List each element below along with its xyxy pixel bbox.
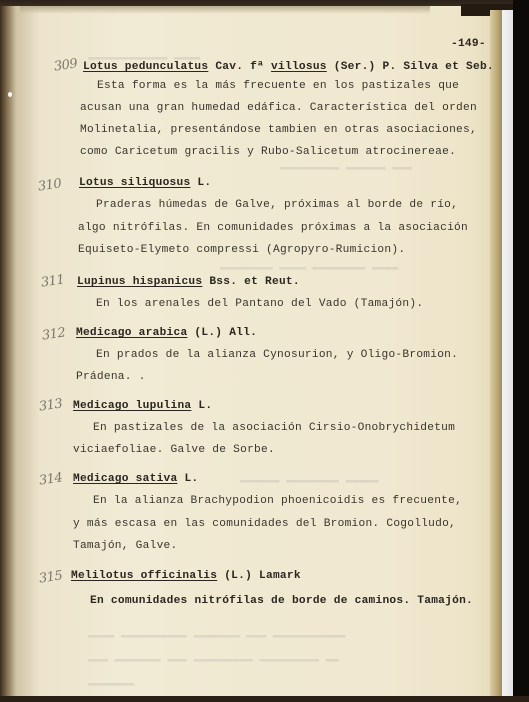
entry-text-line: Praderas húmedas de Galve, próximas al b… [96,199,458,211]
entry-text-line: En comunidades nitrófilas de borde de ca… [90,595,473,607]
margin-number: 315 [38,568,63,586]
species-heading: Melilotus officinalis (L.) Lamark [71,570,301,582]
species-authority: L. [198,400,212,412]
entry-text-line: algo nitrófilas. En comunidades próximas… [78,222,468,234]
entry-text-line: como Caricetum gracilis y Rubo-Salicetum… [80,146,456,158]
species-name: Medicago sativa [73,473,177,485]
show-through-text: ▬▬▬▬▬▬▬ [88,678,134,690]
margin-number: 314 [38,470,63,488]
species-heading: Lotus pedunculatus Cav. fª villosus (Ser… [83,61,494,73]
entry-text-line: viciaefoliae. Galve de Sorbe. [73,444,275,456]
margin-number: 310 [37,176,62,194]
show-through-text: ▬▬▬▬▬▬▬▬▬ ▬▬▬▬▬▬ ▬▬▬ [280,162,412,174]
species-authority: (L.) Lamark [224,570,301,582]
page-top-fold [20,6,430,14]
show-through-text: ▬▬▬▬▬▬▬▬ ▬▬▬▬ ▬▬▬▬▬▬▬▬ ▬▬▬▬ [220,262,398,274]
page-edge-stack [490,10,502,702]
entry-text-line: En prados de la alianza Cynosurion, y Ol… [96,349,458,361]
species-authority: (Ser.) P. Silva et Seb. [334,61,494,73]
entry-text-line: En pastizales de la asociación Cirsio-On… [93,422,455,434]
margin-number: 311 [40,272,65,290]
species-authority: L. [197,177,211,189]
species-name: Lotus pedunculatus [83,61,208,73]
scan-right-border [513,0,529,702]
species-heading: Medicago sativa L. [73,473,198,485]
entry-text-line: Esta forma es la más frecuente en los pa… [97,80,459,92]
entry-text-line: Equiseto-Elymeto compressi (Agropyro-Rum… [78,244,405,256]
show-through-text: ▬▬▬▬▬▬ ▬▬▬▬▬▬▬▬ ▬▬▬▬▬ [240,475,379,487]
species-name: Medicago arabica [76,327,187,339]
entry-text-line: y más escasa en las comunidades del Brom… [73,518,456,530]
infraspecific-name: villosus [271,61,327,73]
entry-text-line: Molinetalia, presentándose tambien en ot… [80,124,477,136]
species-authority: Bss. et Reut. [209,276,300,288]
entry-text-line: En los arenales del Pantano del Vado (Ta… [96,298,423,310]
species-authority: L. [184,473,198,485]
paper-speck [8,92,12,97]
species-name: Melilotus officinalis [71,570,217,582]
scan-bottom-border [0,696,529,702]
entry-text-line: Tamajón, Galve. [73,540,177,552]
species-name: Lupinus hispanicus [77,276,202,288]
entry-text-line: En la alianza Brachypodion phoenicoidis … [93,495,462,507]
species-authority: (L.) All. [194,327,257,339]
margin-number: 313 [38,396,63,414]
entry-text-line: Prádena. . [76,371,146,383]
species-heading: Lupinus hispanicus Bss. et Reut. [77,276,300,288]
show-through-text: ▬▬▬▬ ▬▬▬▬▬▬▬▬▬▬ ▬▬▬▬▬▬▬ ▬▬▬ ▬▬▬▬▬▬▬▬▬▬▬ [88,630,345,642]
margin-number: 312 [41,325,66,343]
species-heading: Medicago lupulina L. [73,400,212,412]
show-through-text: ▬▬▬ ▬▬▬▬▬▬▬ ▬▬▬ ▬▬▬▬▬▬▬▬▬ ▬▬▬▬▬▬▬▬▬ ▬▬ [88,654,339,666]
page-number: -149- [451,38,486,50]
species-name: Lotus siliquosus [79,177,190,189]
species-authority: Cav. fª [215,61,264,73]
species-heading: Medicago arabica (L.) All. [76,327,257,339]
scan-white-strip [502,10,513,702]
species-heading: Lotus siliquosus L. [79,177,211,189]
species-name: Medicago lupulina [73,400,191,412]
margin-number: 309 [53,56,78,74]
entry-text-line: acusan una gran humedad edáfica. Caracte… [80,102,477,114]
